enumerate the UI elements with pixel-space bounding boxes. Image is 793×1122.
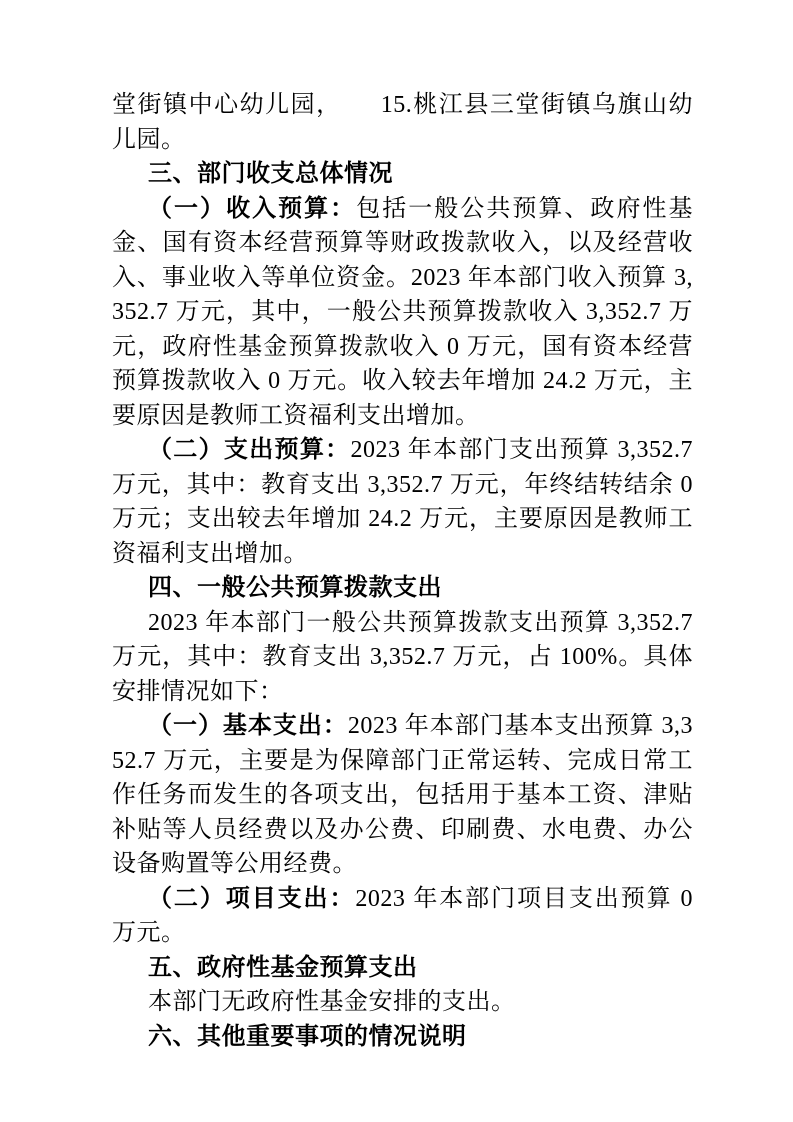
heading-text: 三、部门收支总体情况 [148, 161, 393, 187]
document-text-block: 堂街镇中心幼儿园， 15.桃江县三堂街镇乌旗山幼儿园。 三、部门收支总体情况 （… [112, 88, 693, 1054]
paragraph-lead-basic-expenditure: （一）基本支出： [148, 713, 348, 739]
paragraph-text: 本部门无政府性基金安排的支出。 [148, 989, 516, 1015]
paragraph-no-government-fund: 本部门无政府性基金安排的支出。 [112, 985, 693, 1020]
heading-text: 四、一般公共预算拨款支出 [148, 575, 442, 601]
paragraph-text: 堂街镇中心幼儿园， 15.桃江县三堂街镇乌旗山幼儿园。 [112, 92, 693, 153]
paragraph-kindergarten-list-continuation: 堂街镇中心幼儿园， 15.桃江县三堂街镇乌旗山幼儿园。 [112, 88, 693, 157]
paragraph-basic-expenditure: （一）基本支出：2023 年本部门基本支出预算 3,352.7 万元，主要是为保… [112, 709, 693, 882]
section-heading-6-other-important-matters: 六、其他重要事项的情况说明 [112, 1020, 693, 1055]
paragraph-expenditure-budget: （二）支出预算：2023 年本部门支出预算 3,352.7 万元，其中：教育支出… [112, 433, 693, 571]
paragraph-lead-income-budget: （一）收入预算： [148, 196, 356, 222]
paragraph-text: 包括一般公共预算、政府性基金、国有资本经营预算等财政拨款收入，以及经营收入、事业… [112, 196, 693, 429]
section-heading-4-public-budget-allocation: 四、一般公共预算拨款支出 [112, 571, 693, 606]
heading-text: 五、政府性基金预算支出 [148, 955, 418, 981]
paragraph-income-budget: （一）收入预算：包括一般公共预算、政府性基金、国有资本经营预算等财政拨款收入，以… [112, 192, 693, 434]
document-page: 堂街镇中心幼儿园， 15.桃江县三堂街镇乌旗山幼儿园。 三、部门收支总体情况 （… [0, 0, 793, 1122]
section-heading-5-government-fund-budget: 五、政府性基金预算支出 [112, 951, 693, 986]
paragraph-lead-project-expenditure: （二）项目支出： [148, 886, 355, 912]
section-heading-3-overall-budget: 三、部门收支总体情况 [112, 157, 693, 192]
paragraph-project-expenditure: （二）项目支出：2023 年本部门项目支出预算 0 万元。 [112, 882, 693, 951]
paragraph-text: 2023 年本部门一般公共预算拨款支出预算 3,352.7 万元，其中：教育支出… [112, 610, 693, 705]
paragraph-lead-expenditure-budget: （二）支出预算： [148, 437, 350, 463]
paragraph-public-budget-detail: 2023 年本部门一般公共预算拨款支出预算 3,352.7 万元，其中：教育支出… [112, 606, 693, 710]
heading-text: 六、其他重要事项的情况说明 [148, 1024, 467, 1050]
